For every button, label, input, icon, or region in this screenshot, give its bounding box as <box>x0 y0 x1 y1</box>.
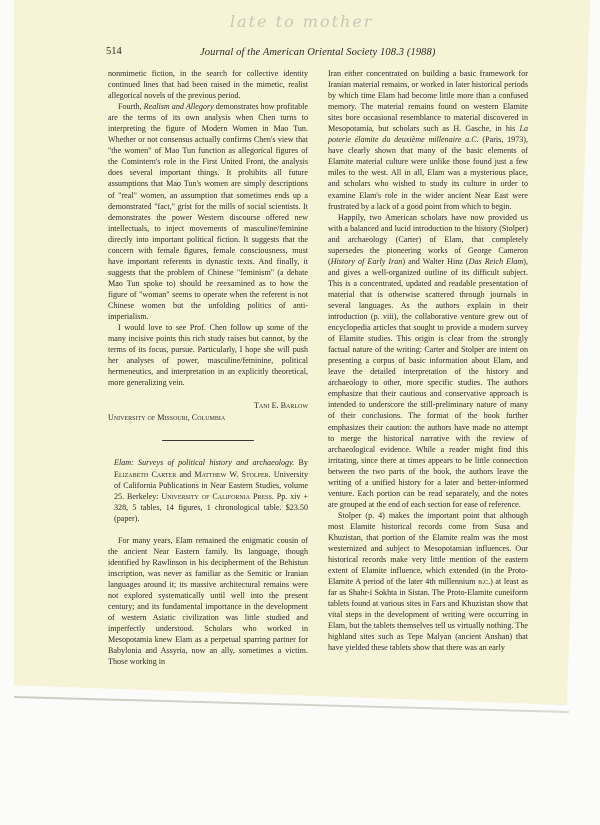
book-author: Matthew W. Stolper <box>194 470 268 479</box>
running-head: Journal of the American Oriental Society… <box>200 47 435 58</box>
book-author: Elizabeth Carter <box>114 470 176 479</box>
handwritten-note: late to mother <box>230 12 373 31</box>
paragraph: I would love to see Prof. Chen follow up… <box>108 322 308 388</box>
paragraph: nonmimetic fiction, in the search for co… <box>108 68 308 101</box>
section-divider <box>162 440 254 441</box>
paragraph: Happily, two American scholars have now … <box>328 212 528 510</box>
left-column: nonmimetic fiction, in the search for co… <box>108 68 308 667</box>
reviewer-name: Tani E. Barlow <box>108 400 308 411</box>
paragraph: Fourth, Realism and Allegory demonstrate… <box>108 101 308 322</box>
book-title: Elam: Surveys of political history and a… <box>114 458 294 467</box>
paragraph: Stolper (p. 4) makes the important point… <box>328 510 528 654</box>
book-publisher: University of California Press <box>161 492 271 501</box>
page-number: 514 <box>106 46 122 57</box>
paragraph: For many years, Elam remained the enigma… <box>108 535 308 668</box>
book-title-ref: History of Early Iran <box>331 257 403 266</box>
book-title-ref: Realism and Allegory <box>144 102 214 111</box>
book-title-ref: Das Reich Elam <box>469 257 524 266</box>
book-citation: Elam: Surveys of political history and a… <box>108 457 308 523</box>
reviewer-institution: University of Missouri, Columbia <box>108 412 308 423</box>
paragraph: Iran either concentrated on building a b… <box>328 68 528 212</box>
right-column: Iran either concentrated on building a b… <box>328 68 528 653</box>
